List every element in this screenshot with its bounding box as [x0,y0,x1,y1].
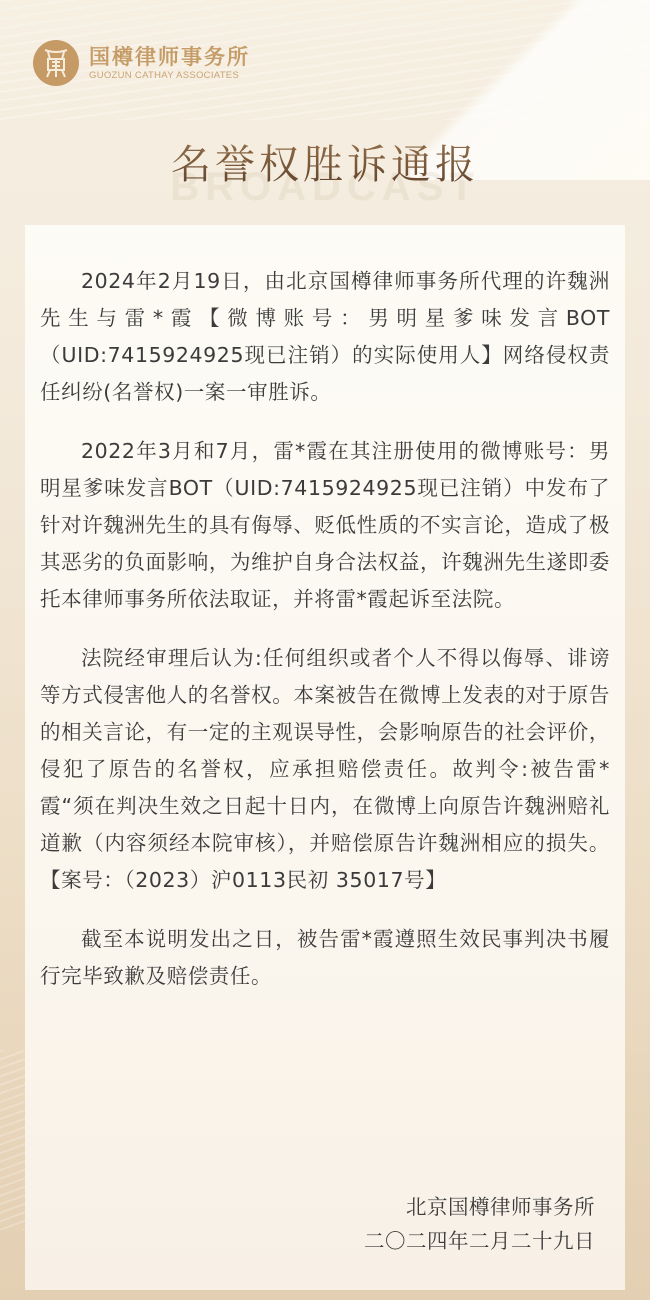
ding-vessel-icon [33,40,79,86]
signature-org: 北京国樽律师事务所 [364,1190,595,1224]
paragraph-verdict-summary: 2024年2月19日，由北京国樽律师事务所代理的许魏洲先生与雷*霞【微博账号：男… [40,263,610,411]
signature-date: 二〇二四年二月二十九日 [364,1224,595,1258]
paragraph-compliance: 截至本说明发出之日，被告雷*霞遵照生效民事判决书履行完毕致歉及赔偿责任。 [40,921,610,995]
paragraph-background: 2022年3月和7月，雷*霞在其注册使用的微博账号：男明星爹味发言BOT（UID… [40,433,610,618]
signature-block: 北京国樽律师事务所 二〇二四年二月二十九日 [364,1190,595,1258]
logo-chinese-name: 国樽律师事务所 [89,45,250,69]
notice-card: 2024年2月19日，由北京国樽律师事务所代理的许魏洲先生与雷*霞【微博账号：男… [25,225,625,1290]
logo-english-name: GUOZUN CATHAY ASSOCIATES [89,70,250,81]
firm-logo: 国樽律师事务所 GUOZUN CATHAY ASSOCIATES [33,40,250,86]
paragraph-court-ruling: 法院经审理后认为:任何组织或者个人不得以侮辱、诽谤等方式侵害他人的名誉权。本案被… [40,640,610,899]
page-title: 名誉权胜诉通报 [0,133,650,190]
